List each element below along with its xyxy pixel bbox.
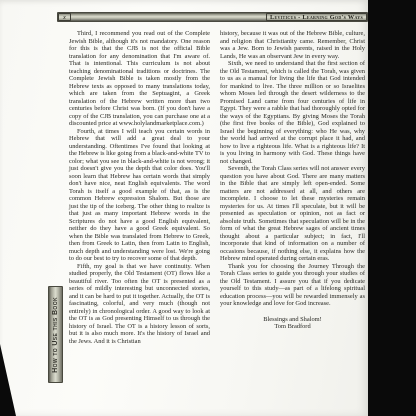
signoff-block: Blessings and Shalom! Tom Bradford bbox=[220, 316, 365, 331]
paragraph-third: Third, I recommend you read out of the C… bbox=[69, 30, 210, 128]
book-page: x Leviticus - Learning God's Ways Third,… bbox=[0, 0, 368, 416]
paragraph-fourth: Fourth, at times I will teach you certai… bbox=[69, 128, 210, 263]
left-column: Third, I recommend you read out of the C… bbox=[69, 30, 210, 345]
chapter-tab: How to Use this Book bbox=[48, 286, 63, 383]
paragraph-sixth: Sixth, we need to understand that the fi… bbox=[220, 60, 365, 165]
signoff-author: Tom Bradford bbox=[220, 323, 365, 331]
page-header-bar: x Leviticus - Learning God's Ways bbox=[57, 12, 368, 22]
paragraph-fifth: Fifth, my goal is that we have continuit… bbox=[69, 263, 210, 346]
paragraph-continuation: history, because it was out of the Hebre… bbox=[220, 30, 365, 60]
page-number: x bbox=[58, 13, 71, 21]
right-column: history, because it was out of the Hebre… bbox=[220, 30, 365, 331]
signoff-blessing: Blessings and Shalom! bbox=[220, 316, 365, 324]
paragraph-seventh: Seventh, the Torah Class series will not… bbox=[220, 165, 365, 263]
paragraph-thanks: Thank you for choosing the Journey Throu… bbox=[220, 263, 365, 308]
chapter-tab-label: How to Use this Book bbox=[52, 297, 59, 373]
running-head-title: Leviticus - Learning God's Ways bbox=[266, 13, 367, 21]
